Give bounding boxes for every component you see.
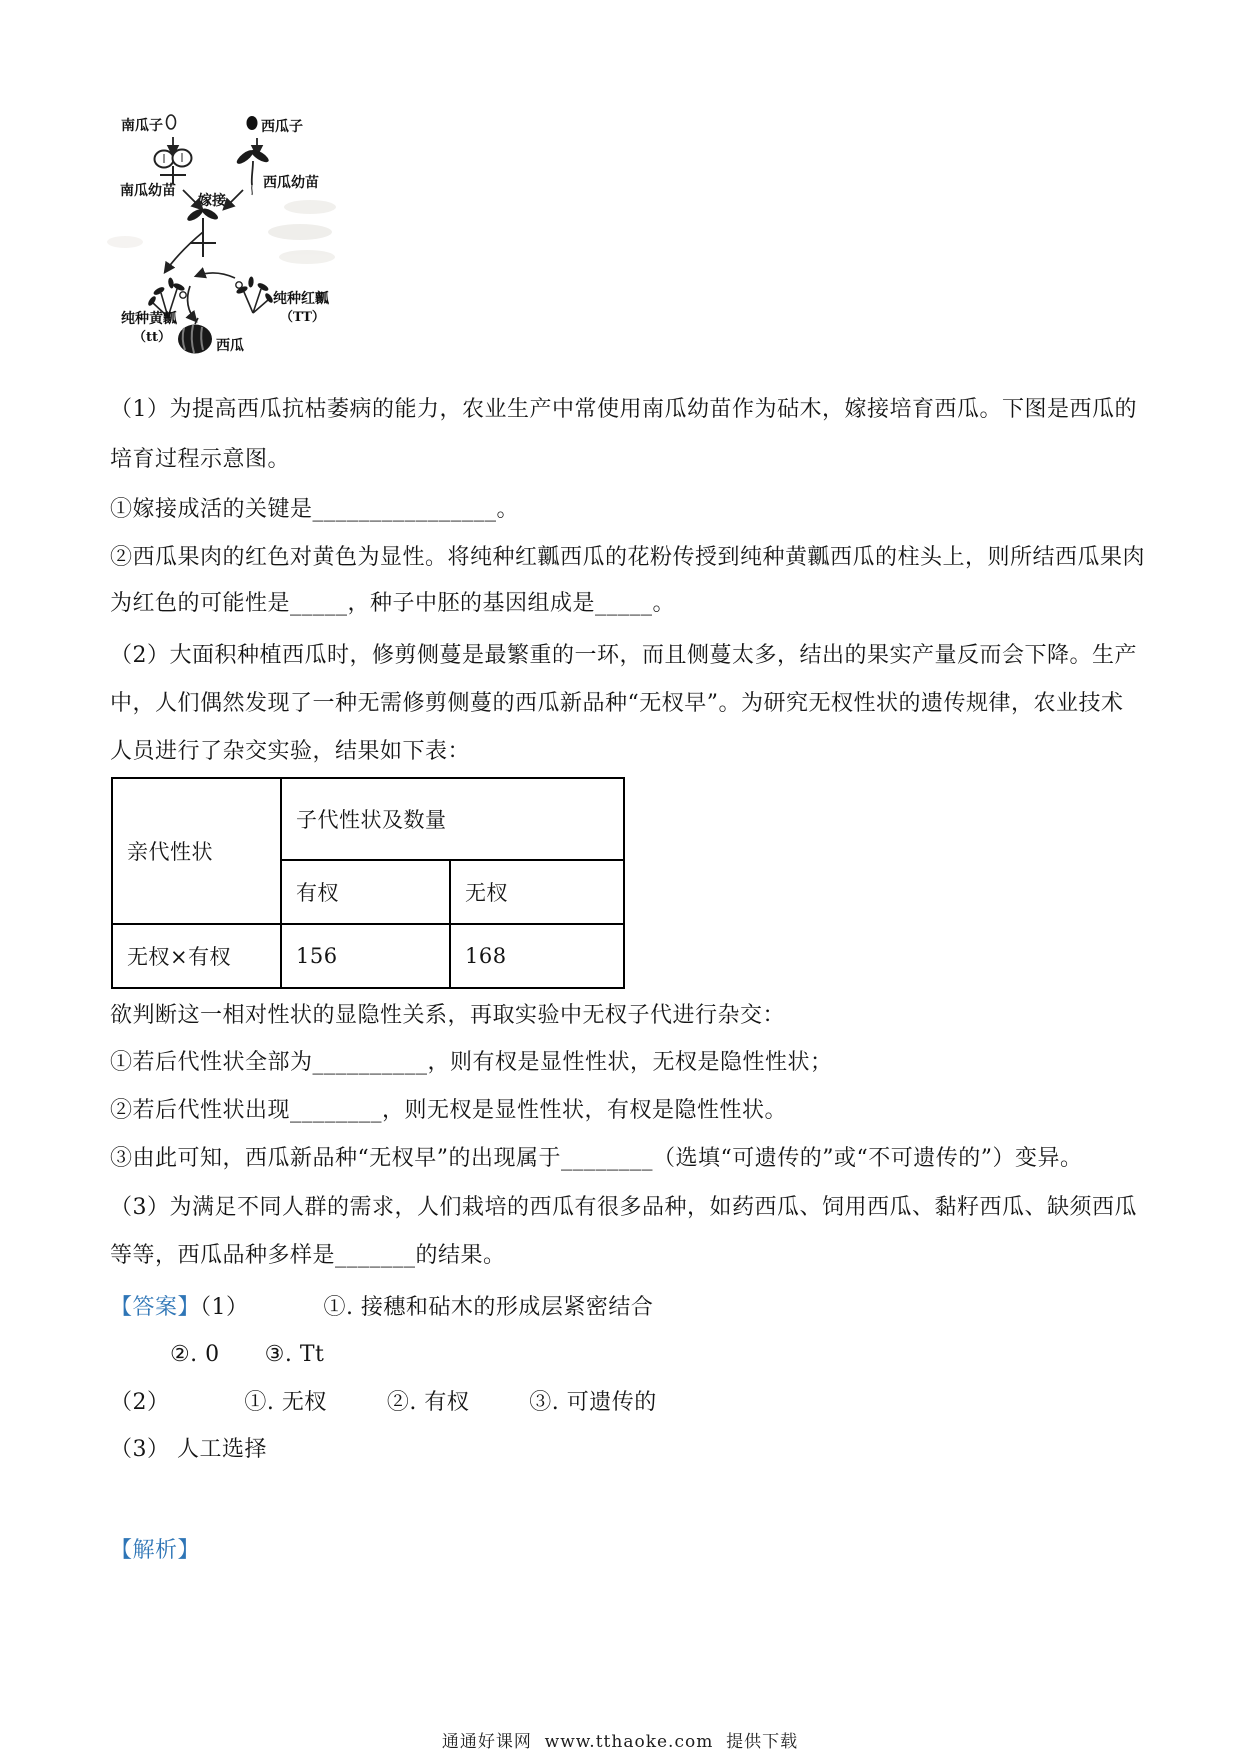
pumpkin-seed-label: 南瓜子 [121, 117, 163, 134]
pumpkin-seedling-label: 南瓜幼苗 [120, 182, 176, 199]
question-line: （2）大面积种植西瓜时，修剪侧蔓是最繁重的一环，而且侧蔓太多，结出的果实产量反而… [110, 642, 1137, 669]
pumpkin-seedling-drawing [155, 150, 192, 185]
arrow-graft-right [224, 190, 243, 209]
answer-label: 【答案】 [110, 1295, 200, 1320]
question-line: 欲判断这一相对性状的显隐性关系，再取实验中无杈子代进行杂交： [110, 1002, 785, 1029]
watermelon-seed-icon [247, 116, 258, 130]
question-line: 培育过程示意图。 [110, 446, 290, 473]
table-cell-without-branch-count: 168 [450, 924, 624, 988]
question-line: ①嫁接成活的关键是________________。 [110, 496, 519, 523]
cross-results-table: 亲代性状 子代性状及数量 有杈 无杈 无杈×有杈 156 168 [111, 777, 625, 989]
arrow-from-red-plant [196, 273, 235, 278]
arrow-to-yellow-plant [165, 232, 203, 272]
answer-line-2: ②. 0 ③. Tt [110, 1341, 324, 1368]
answer-line-1: 【答案】（1） ①. 接穗和砧木的形成层紧密结合 [110, 1294, 653, 1321]
table-row: 无杈×有杈 156 168 [112, 924, 624, 988]
watermelon-seedling-label: 西瓜幼苗 [263, 174, 319, 191]
watermelon-seed-label: 西瓜子 [261, 118, 303, 135]
pure-yellow-genotype: （tt） [133, 329, 171, 345]
scan-noise [107, 200, 336, 264]
question-line: ①若后代性状全部为__________，则有杈是显性性状，无杈是隐性性状； [110, 1049, 833, 1076]
red-flesh-plant-drawing [235, 276, 274, 313]
question-line: （1）为提高西瓜抗枯萎病的能力，农业生产中常使用南瓜幼苗作为砧木，嫁接培育西瓜。… [110, 396, 1137, 423]
graft-label: 嫁接 [198, 192, 227, 209]
pure-red-genotype: （TT） [280, 309, 325, 325]
table-subheader-without-branch: 无杈 [450, 860, 624, 924]
question-line: 中，人们偶然发现了一种无需修剪侧蔓的西瓜新品种“无杈早”。为研究无杈性状的遗传规… [110, 690, 1124, 717]
pure-red-label: 纯种红瓤 [273, 290, 330, 307]
question-line: （3）为满足不同人群的需求，人们栽培的西瓜有很多品种，如药西瓜、饲用西瓜、黏籽西… [110, 1194, 1137, 1221]
table-subheader-with-branch: 有杈 [281, 860, 450, 924]
grafting-diagram: 南瓜子 西瓜子 南瓜幼苗 西瓜幼苗 嫁接 [95, 92, 340, 370]
table-header-parent: 亲代性状 [112, 778, 281, 924]
question-line: 人员进行了杂交实验，结果如下表： [110, 738, 470, 765]
watermelon-fruit-drawing [178, 318, 212, 354]
analysis-label: 【解析】 [110, 1538, 200, 1563]
answer-line-3: （2） ①. 无杈 ②. 有杈 ③. 可遗传的 [110, 1389, 657, 1416]
watermelon-fruit-label: 西瓜 [216, 337, 244, 354]
answer-line-4: （3） 人工选择 [110, 1436, 267, 1463]
pure-yellow-label: 纯种黄瓤 [121, 310, 178, 327]
answer-text: （1） ①. 接穗和砧木的形成层紧密结合 [200, 1295, 653, 1320]
pumpkin-seed-icon [167, 115, 176, 129]
table-cell-parents: 无杈×有杈 [112, 924, 281, 988]
arrow-to-fruit [188, 286, 196, 321]
question-line: ②西瓜果肉的红色对黄色为显性。将纯种红瓤西瓜的花粉传授到纯种黄瓤西瓜的柱头上，则… [110, 544, 1145, 571]
footer-credit: 通通好课网 www.tthaoke.com 提供下载 [0, 1727, 1240, 1752]
question-line: 为红色的可能性是_____，种子中胚的基因组成是_____。 [110, 590, 675, 617]
question-line: 等等，西瓜品种多样是_______的结果。 [110, 1242, 506, 1269]
table-header-offspring: 子代性状及数量 [281, 778, 624, 860]
document-page: 南瓜子 西瓜子 南瓜幼苗 西瓜幼苗 嫁接 [0, 0, 1240, 1754]
question-line: ②若后代性状出现________，则无杈是显性性状，有杈是隐性性状。 [110, 1097, 787, 1124]
analysis-label-line: 【解析】 [110, 1537, 200, 1564]
question-line: ③由此可知，西瓜新品种“无杈早”的出现属于________（选填“可遗传的”或“… [110, 1145, 1083, 1172]
table-cell-with-branch-count: 156 [281, 924, 450, 988]
